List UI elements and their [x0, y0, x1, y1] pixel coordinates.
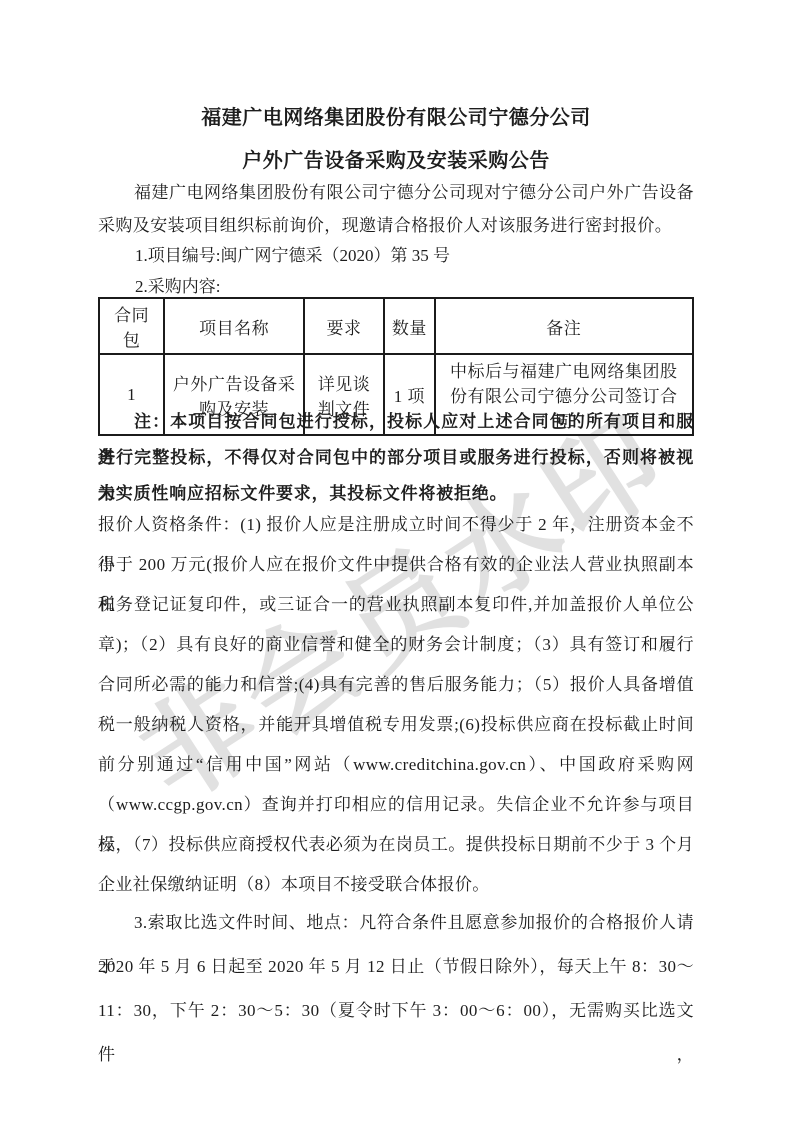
header-project-name: 项目名称	[164, 298, 304, 354]
text-line: 税一般纳税人资格，并能开具增值税专用发票;(6)投标供应商在投标截止时间	[98, 705, 694, 745]
text-line: 小于 200 万元(报价人应在报价文件中提供合格有效的企业法人营业执照副本和	[98, 545, 694, 585]
header-remark: 备注	[435, 298, 693, 354]
document-page: 非会员水印 福建广电网络集团股份有限公司宁德分公司 户外广告设备采购及安装采购公…	[0, 0, 793, 1121]
text-line: 合同所必需的能力和信誉;(4)具有完善的售后服务能力；（5）报价人具备增值	[98, 665, 694, 705]
document-request-paragraph: 3.索取比选文件时间、地点：凡符合条件且愿意参加报价的合格报价人请于 2020 …	[98, 901, 694, 1033]
text-line: 前分别通过“信用中国”网站（www.creditchina.gov.cn）、中国…	[98, 745, 694, 785]
text-line: 进行完整投标，不得仅对合同包中的部分项目或服务进行投标，否则将被视为	[98, 440, 694, 476]
text-line: 标，（7）投标供应商授权代表必须为在岗员工。提供投标日期前不少于 3 个月	[98, 825, 694, 865]
text-line: 2020 年 5 月 6 日起至 2020 年 5 月 12 日止（节假日除外）…	[98, 945, 694, 989]
doc-title-line2: 户外广告设备采购及安装采购公告	[98, 144, 694, 173]
doc-title-line1: 福建广电网络集团股份有限公司宁德分公司	[98, 101, 694, 130]
text-line: 注：本项目按合同包进行授标，投标人应对上述合同包的所有项目和服务	[98, 404, 694, 440]
text-line: 税务登记证复印件，或三证合一的营业执照副本复印件,并加盖报价人单位公	[98, 585, 694, 625]
header-package: 合同包	[99, 298, 164, 354]
text-line: 3.索取比选文件时间、地点：凡符合条件且愿意参加报价的合格报价人请于	[98, 901, 694, 945]
text-line: 福建广电网络集团股份有限公司宁德分公司现对宁德分公司户外广告设备	[98, 176, 694, 209]
text-line: 11：30，下午 2：30～5：30（夏令时下午 3：00～6：00），无需购买…	[98, 989, 694, 1033]
table-header-row: 合同包 项目名称 要求 数量 备注	[99, 298, 693, 354]
text-line: 采购及安装项目组织标前询价，现邀请合格报价人对该服务进行密封报价。	[98, 209, 694, 242]
header-quantity: 数量	[384, 298, 434, 354]
qualification-paragraph: 报价人资格条件：(1) 报价人应是注册成立时间不得少于 2 年，注册资本金不得 …	[98, 505, 694, 905]
text-line: （www.ccgp.gov.cn）查询并打印相应的信用记录。失信企业不允许参与项…	[98, 785, 694, 825]
text-line: 报价人资格条件：(1) 报价人应是注册成立时间不得少于 2 年，注册资本金不得	[98, 505, 694, 545]
text-line: 章)；（2）具有良好的商业信誉和健全的财务会计制度；（3）具有签订和履行	[98, 625, 694, 665]
note-paragraph: 注：本项目按合同包进行授标，投标人应对上述合同包的所有项目和服务 进行完整投标，…	[98, 404, 694, 512]
header-requirement: 要求	[304, 298, 384, 354]
project-number-line: 1.项目编号:闽广网宁德采（2020）第 35 号	[98, 241, 731, 271]
intro-paragraph: 福建广电网络集团股份有限公司宁德分公司现对宁德分公司户外广告设备 采购及安装项目…	[98, 176, 694, 242]
text-line: 企业社保缴纳证明（8）本项目不接受联合体报价。	[98, 865, 694, 905]
